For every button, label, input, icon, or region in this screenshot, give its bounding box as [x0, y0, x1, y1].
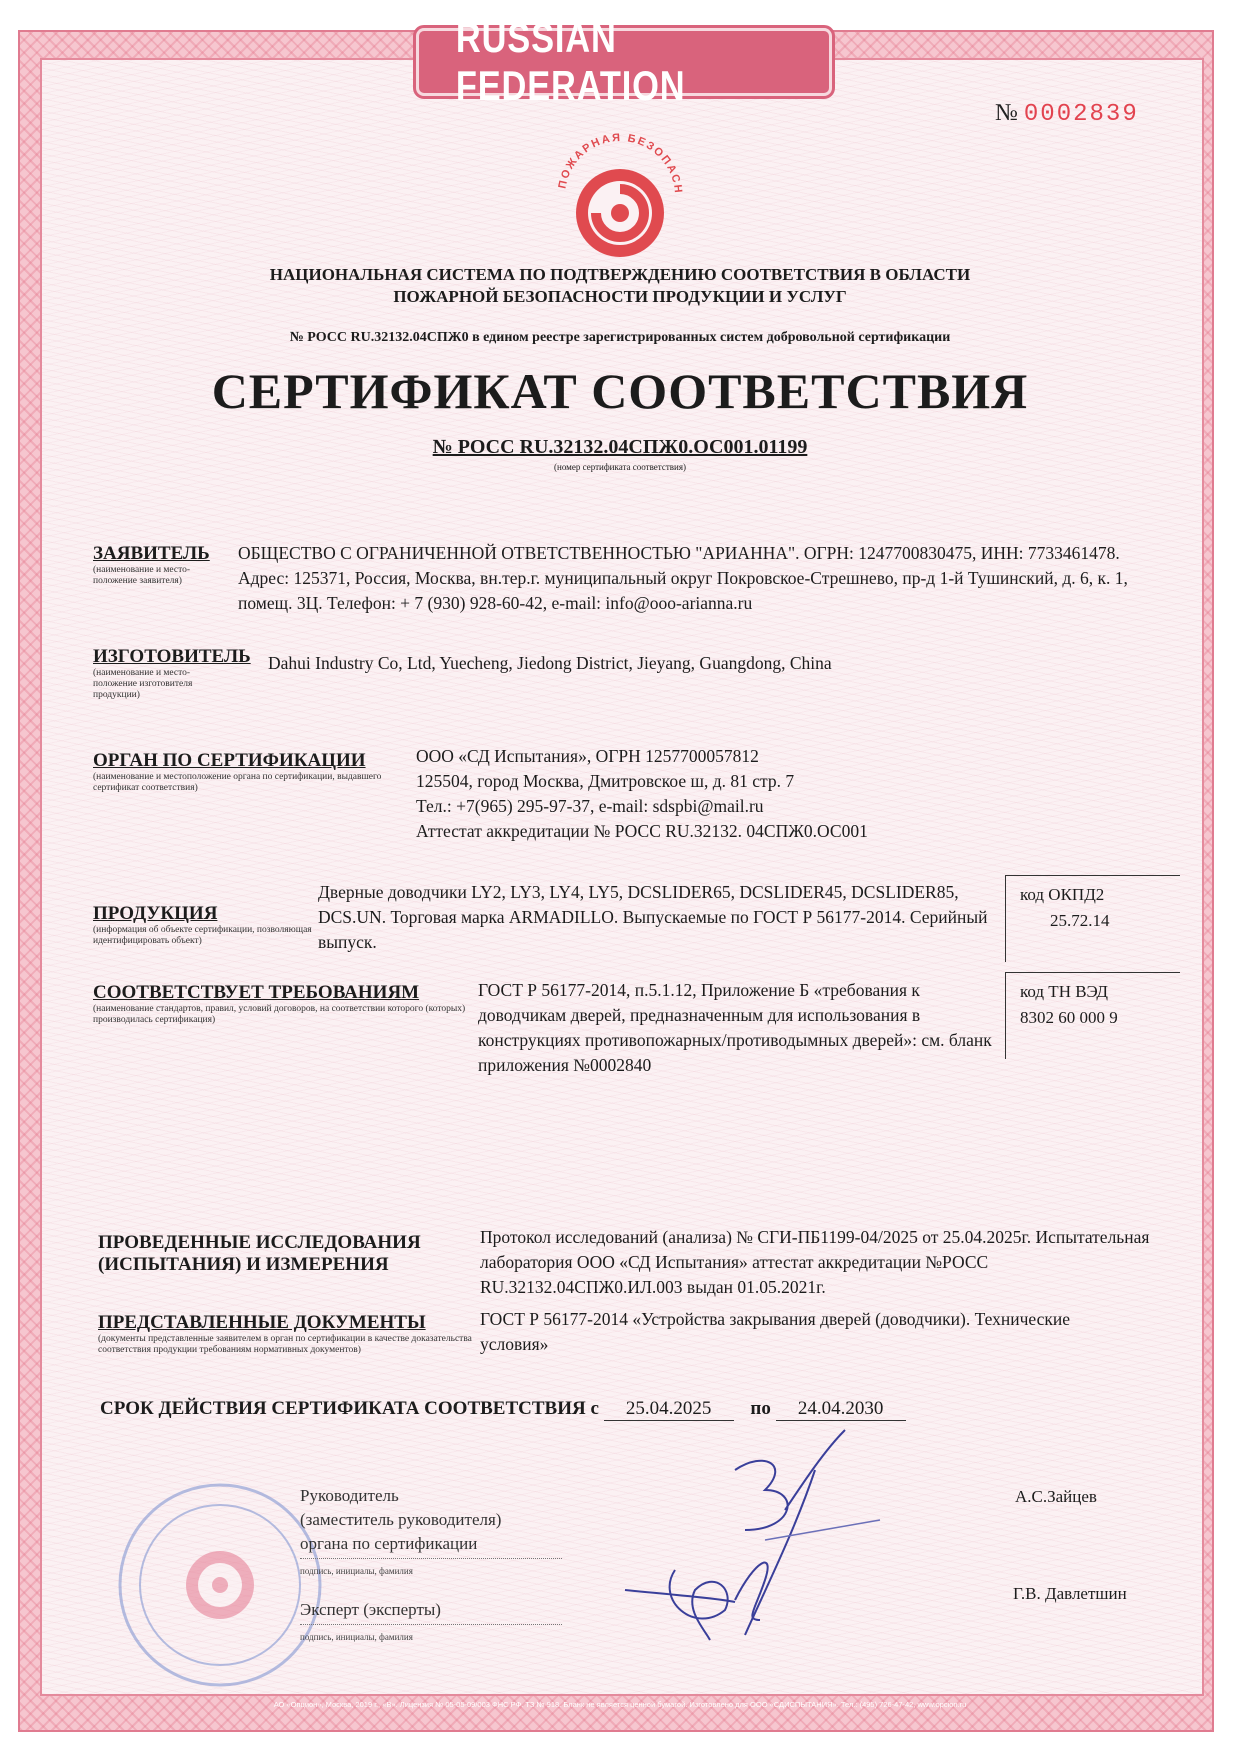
- validity-period: СРОК ДЕЙСТВИЯ СЕРТИФИКАТА СООТВЕТСТВИЯ с…: [100, 1398, 906, 1421]
- expert-signature-block: Эксперт (эксперты) подпись, инициалы, фа…: [300, 1598, 562, 1649]
- okpd2-code-box: код ОКПД2 25.72.14: [1005, 875, 1180, 962]
- tests-value: Протокол исследований (анализа) № СГИ-ПБ…: [480, 1225, 1160, 1300]
- system-title: НАЦИОНАЛЬНАЯ СИСТЕМА ПО ПОДТВЕРЖДЕНИЮ СО…: [60, 264, 1180, 308]
- fire-safety-emblem-icon: ПОЖАРНАЯ БЕЗОПАСНОСТЬ: [535, 118, 705, 268]
- certificate-number: № РОСС RU.32132.04СПЖ0.ОС001.01199: [60, 436, 1180, 459]
- banner-title: RUSSIAN FEDERATION: [456, 14, 792, 110]
- documents-value: ГОСТ Р 56177-2014 «Устройства закрывания…: [480, 1307, 1100, 1357]
- expert-name: Г.В. Давлетшин: [1013, 1584, 1127, 1604]
- serial-number: № 0002839: [995, 100, 1139, 128]
- seal-stamp-icon: [115, 1480, 325, 1690]
- handwritten-signature-icon: [615, 1420, 895, 1650]
- tn-ved-code-box: код ТН ВЭД 8302 60 000 9: [1005, 972, 1180, 1059]
- valid-to-date: 24.04.2030: [776, 1398, 906, 1421]
- head-signature-block: Руководитель (заместитель руководителя) …: [300, 1484, 562, 1583]
- title-banner: RUSSIAN FEDERATION: [416, 28, 832, 96]
- compliance-label: СООТВЕТСТВУЕТ ТРЕБОВАНИЯМ (наименование …: [93, 982, 473, 1026]
- head-name: А.С.Зайцев: [1015, 1487, 1097, 1507]
- certificate-title: СЕРТИФИКАТ СООТВЕТСТВИЯ: [60, 362, 1180, 420]
- valid-from-date: 25.04.2025: [604, 1398, 734, 1421]
- product-label: ПРОДУКЦИЯ (информация об объекте сертифи…: [93, 903, 318, 947]
- footer-imprint: АО «Опцион», Москва, 2019 г., «В». Лицен…: [170, 1700, 1070, 1709]
- manufacturer-value: Dahui Industry Co, Ltd, Yuecheng, Jiedon…: [268, 651, 1158, 676]
- certification-body-value: ООО «СД Испытания», ОГРН 1257700057812 1…: [416, 744, 1116, 844]
- compliance-value: ГОСТ Р 56177-2014, п.5.1.12, Приложение …: [478, 978, 998, 1078]
- registry-number: № РОСС RU.32132.04СПЖ0 в едином реестре …: [60, 330, 1180, 346]
- product-value: Дверные доводчики LY2, LY3, LY4, LY5, DC…: [318, 880, 998, 955]
- certificate-number-caption: (номер сертификата соответствия): [60, 462, 1180, 472]
- applicant-label: ЗАЯВИТЕЛЬ (наименование и место-положени…: [93, 543, 223, 587]
- manufacturer-label: ИЗГОТОВИТЕЛЬ (наименование и место-полож…: [93, 646, 233, 701]
- documents-label: ПРЕДСТАВЛЕННЫЕ ДОКУМЕНТЫ (документы пред…: [98, 1312, 478, 1356]
- certification-body-label: ОРГАН ПО СЕРТИФИКАЦИИ (наименование и ме…: [93, 750, 413, 794]
- tests-label: ПРОВЕДЕННЫЕ ИССЛЕДОВАНИЯ (ИСПЫТАНИЯ) И И…: [98, 1232, 478, 1276]
- applicant-value: ОБЩЕСТВО С ОГРАНИЧЕННОЙ ОТВЕТСТВЕННОСТЬЮ…: [238, 541, 1158, 616]
